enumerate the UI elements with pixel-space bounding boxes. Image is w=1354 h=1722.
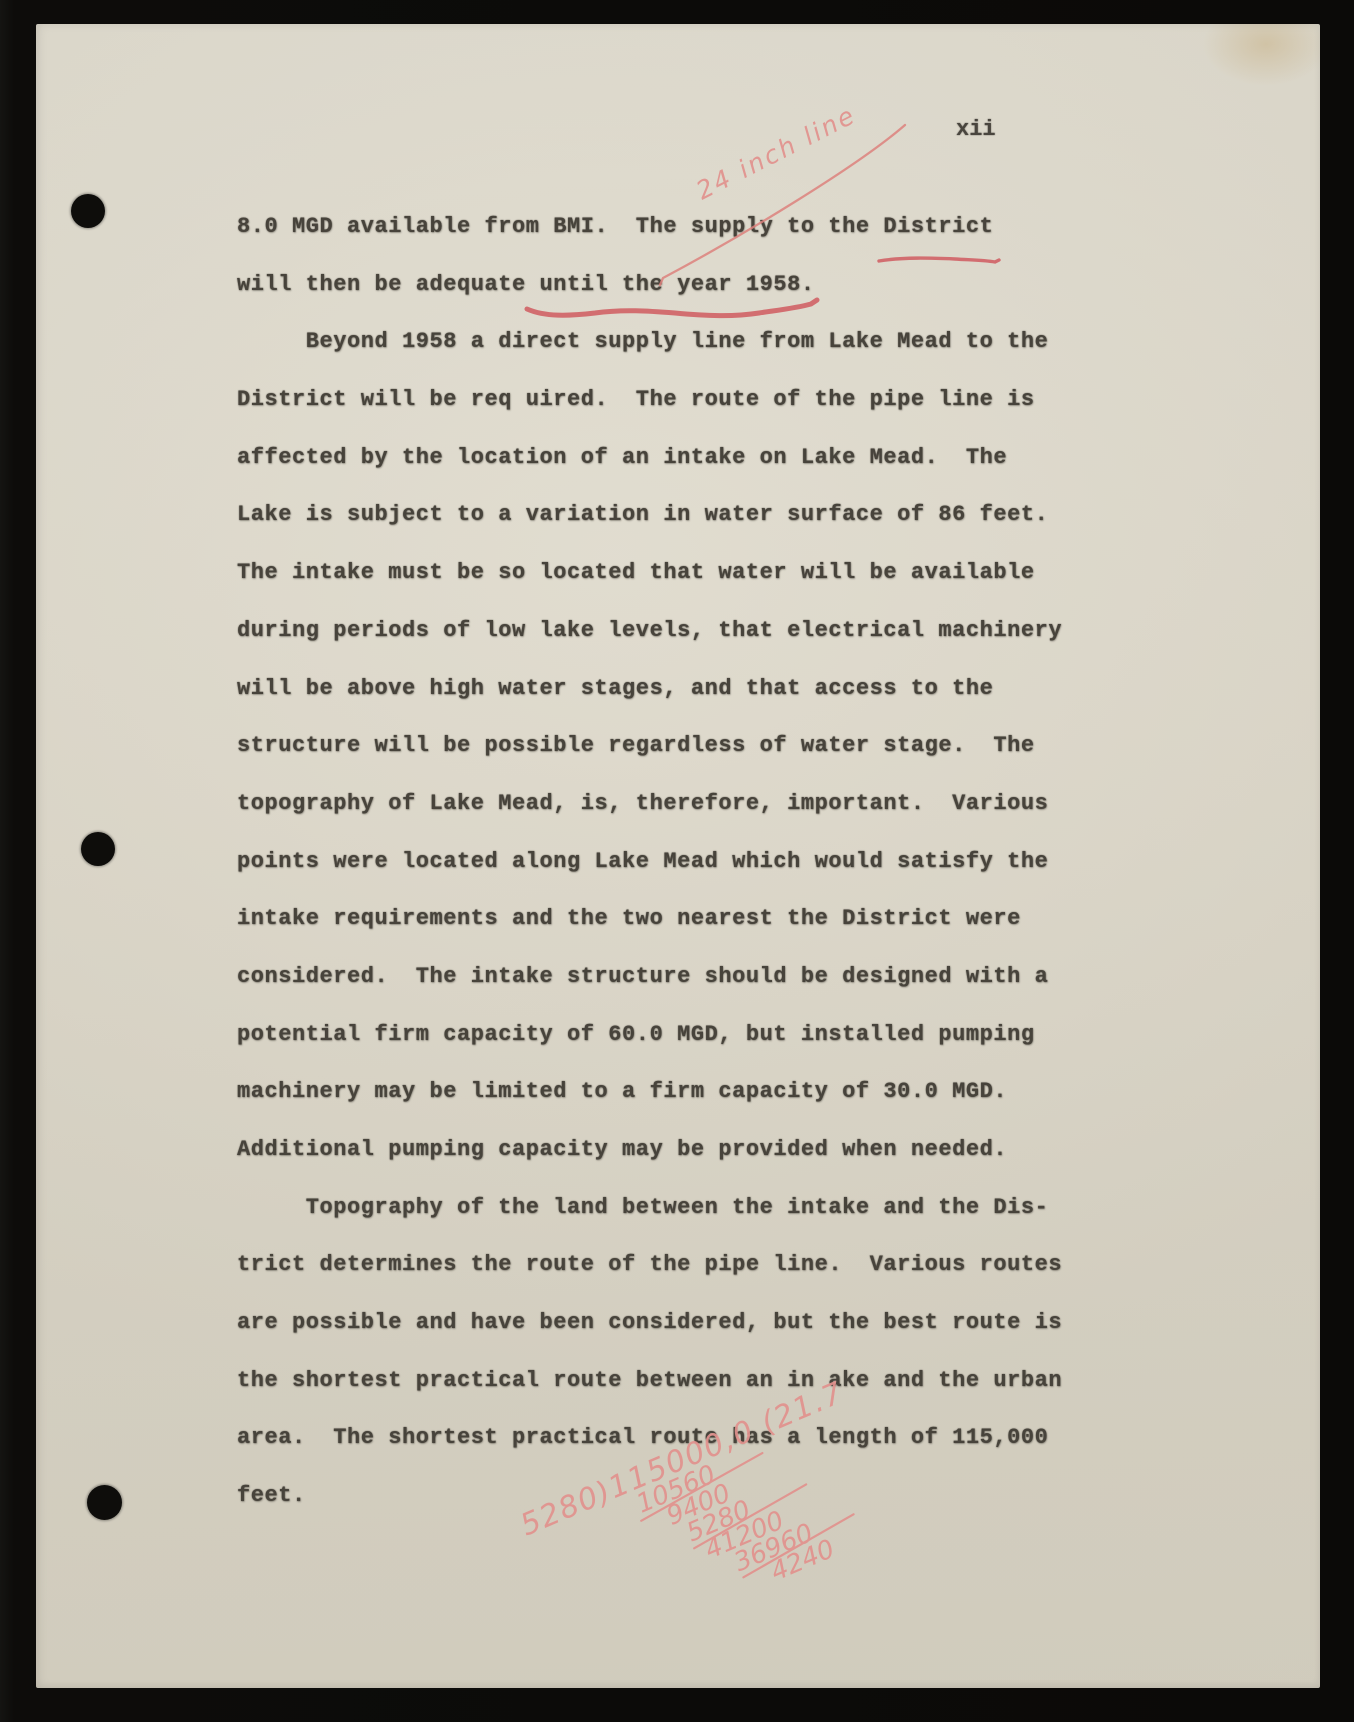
scan-background: xii 8.0 MGD available from BMI. The supp… [0,0,1354,1722]
red-underline-district [879,258,999,262]
handwritten-note: 24 inch line [692,100,861,205]
document-page: xii 8.0 MGD available from BMI. The supp… [36,24,1320,1688]
red-pencil-annotations: 24 inch line 5280)115000,0 (21.7 10560 9… [36,24,1320,1688]
handwritten-division: 5280)115000,0 (21.7 10560 9400 5280 4120… [515,1375,903,1670]
red-underline-year [527,300,817,316]
